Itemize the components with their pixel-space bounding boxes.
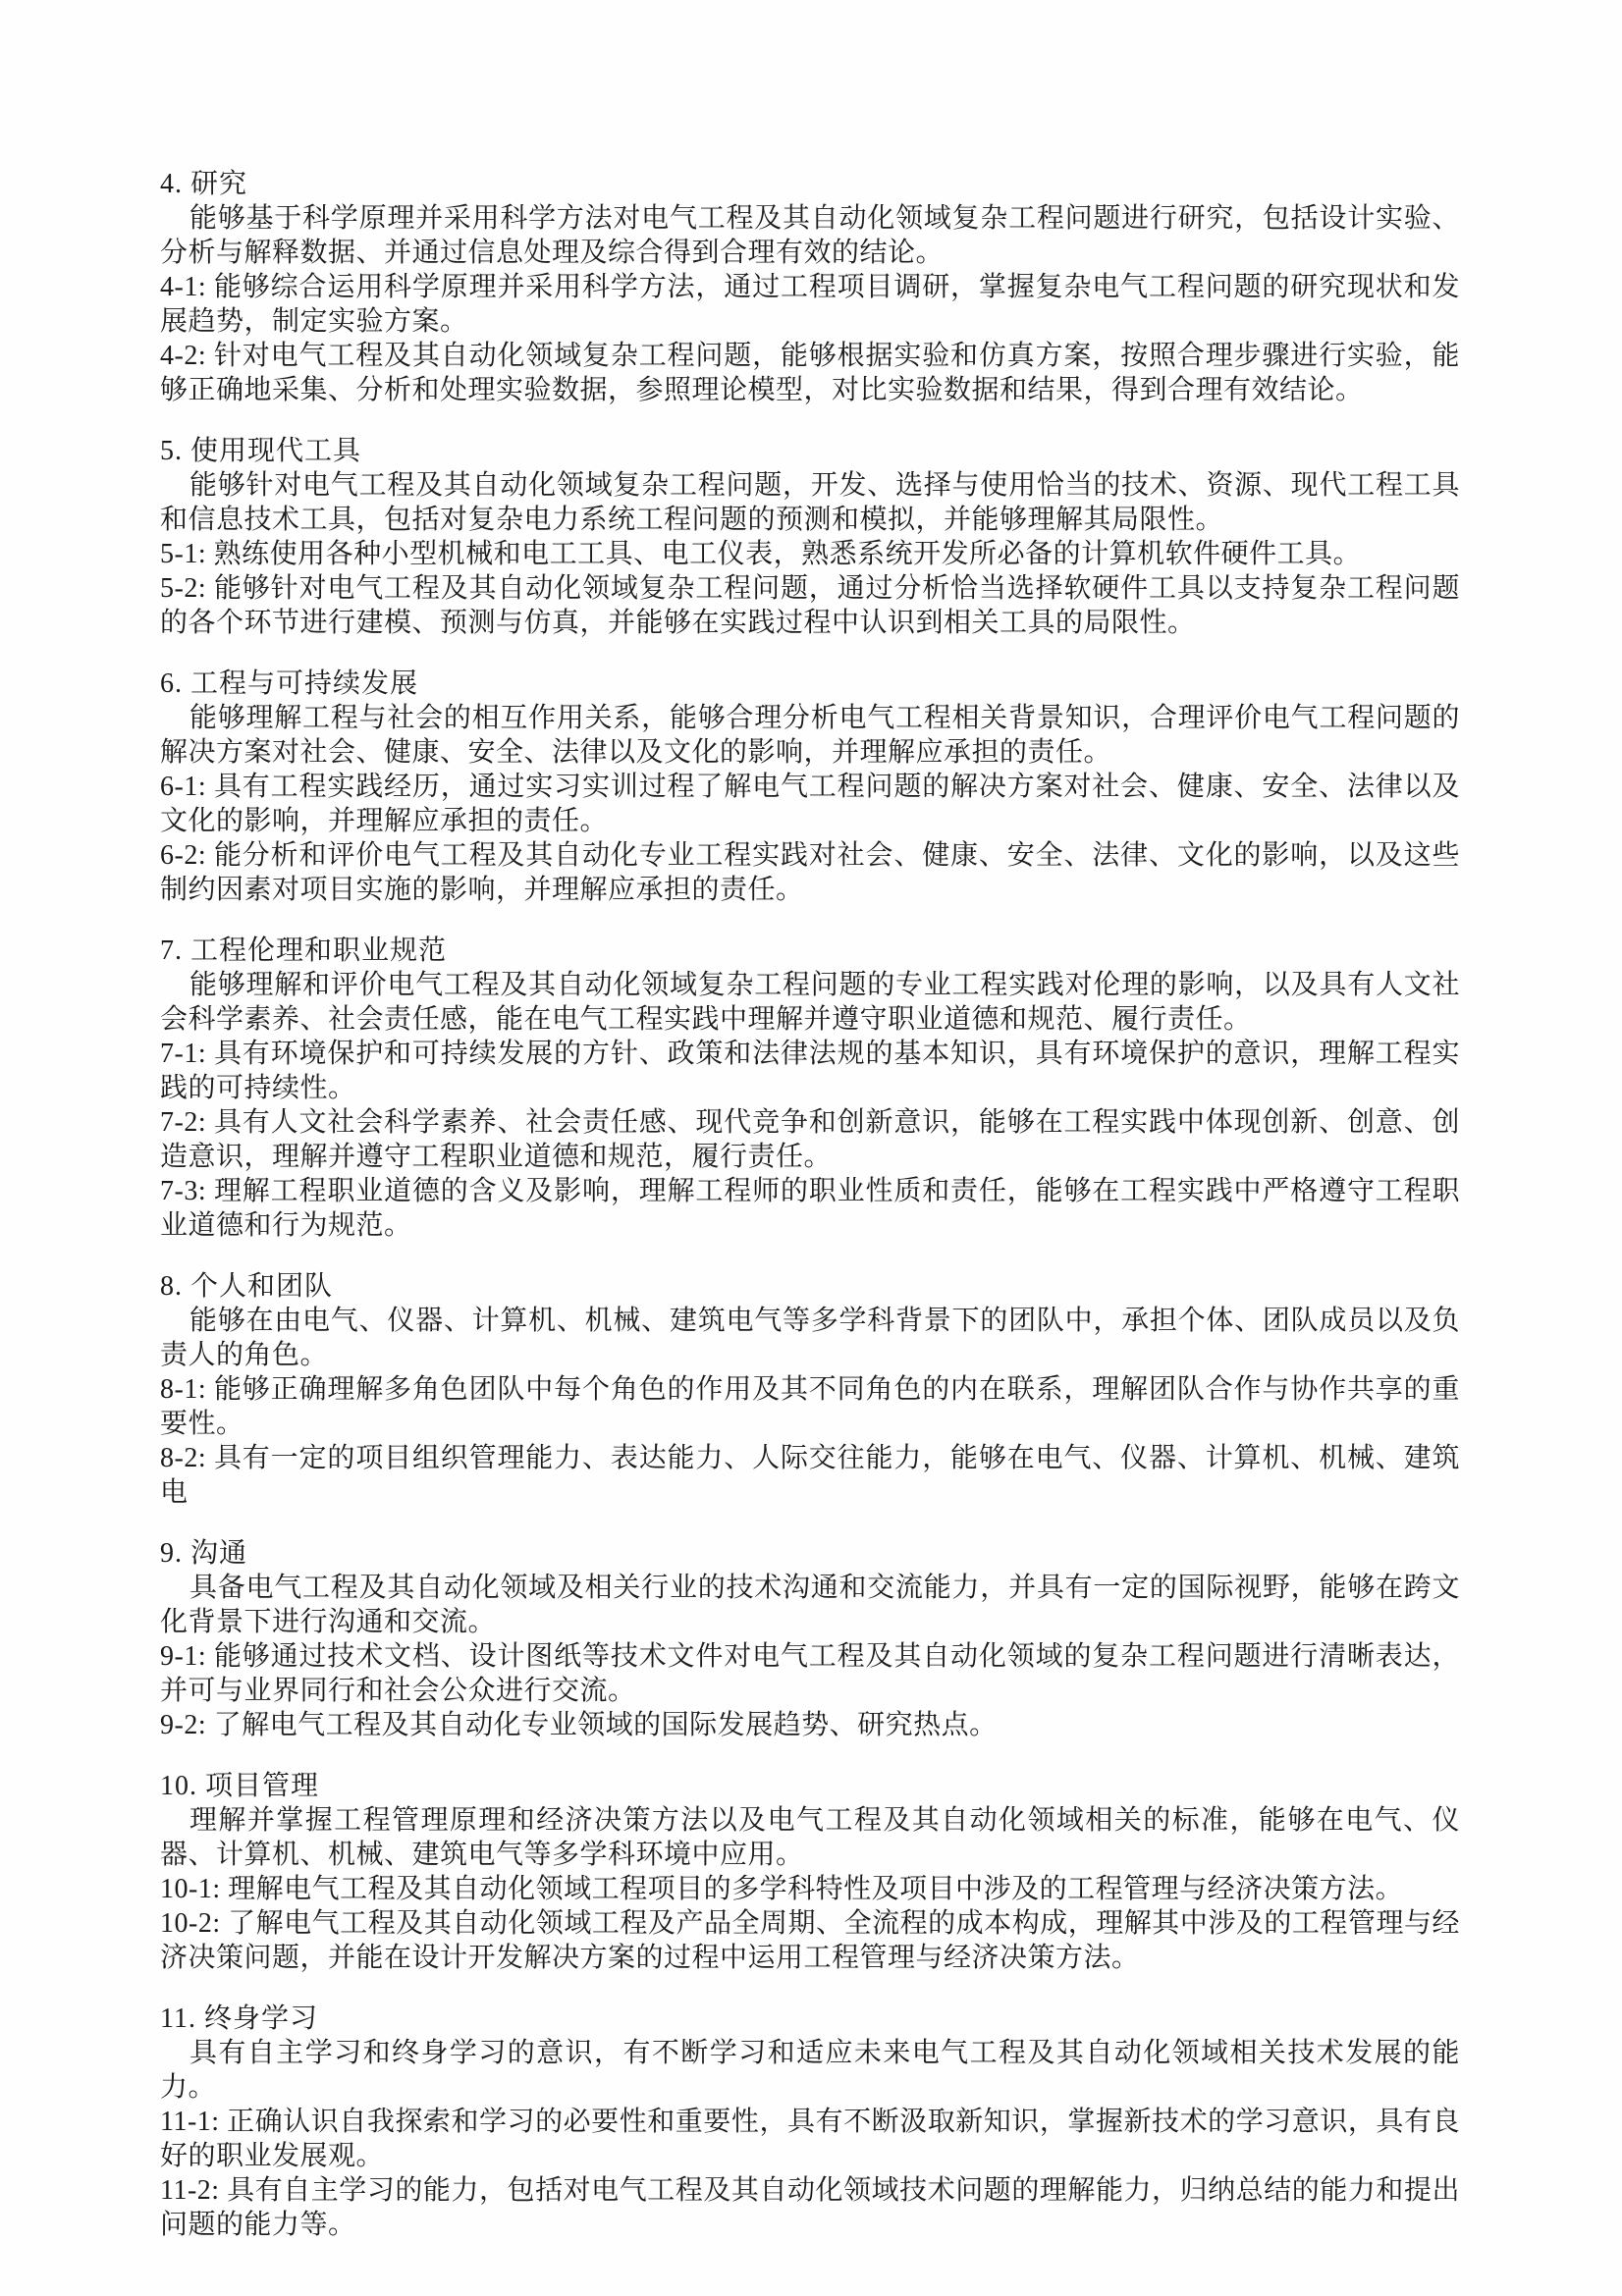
section-intro: 具备电气工程及其自动化领域及相关行业的技术沟通和交流能力，并具有一定的国际视野，… xyxy=(160,1571,1460,1639)
section-8-individual-and-team: 8. 个人和团队 能够在由电气、仪器、计算机、机械、建筑电气等多学科背景下的团队… xyxy=(160,1269,1460,1510)
section-7-ethics-and-norms: 7. 工程伦理和职业规范 能够理解和评价电气工程及其自动化领域复杂工程问题的专业… xyxy=(160,934,1460,1243)
section-5-modern-tools: 5. 使用现代工具 能够针对电气工程及其自动化领域复杂工程问题，开发、选择与使用… xyxy=(160,434,1460,640)
requirement-item: 10-2: 了解电气工程及其自动化领域工程及产品全周期、全流程的成本构成，理解其… xyxy=(160,1906,1460,1975)
requirement-item: 4-2: 针对电气工程及其自动化领域复杂工程问题，能够根据实验和仿真方案，按照合… xyxy=(160,339,1460,407)
requirement-item: 5-1: 熟练使用各种小型机械和电工工具、电工仪表，熟悉系统开发所必备的计算机软… xyxy=(160,537,1460,571)
section-heading: 7. 工程伦理和职业规范 xyxy=(160,934,1460,968)
section-heading: 5. 使用现代工具 xyxy=(160,434,1460,468)
section-intro: 能够理解和评价电气工程及其自动化领域复杂工程问题的专业工程实践对伦理的影响，以及… xyxy=(160,968,1460,1037)
requirement-item: 5-2: 能够针对电气工程及其自动化领域复杂工程问题，通过分析恰当选择软硬件工具… xyxy=(160,571,1460,640)
section-intro: 理解并掌握工程管理原理和经济决策方法以及电气工程及其自动化领域相关的标准，能够在… xyxy=(160,1803,1460,1872)
requirement-item: 10-1: 理解电气工程及其自动化领域工程项目的多学科特性及项目中涉及的工程管理… xyxy=(160,1872,1460,1906)
section-intro: 能够理解工程与社会的相互作用关系，能够合理分析电气工程相关背景知识，合理评价电气… xyxy=(160,701,1460,770)
section-intro: 能够基于科学原理并采用科学方法对电气工程及其自动化领域复杂工程问题进行研究，包括… xyxy=(160,201,1460,270)
section-heading: 4. 研究 xyxy=(160,167,1460,201)
requirement-item: 6-1: 具有工程实践经历，通过实习实训过程了解电气工程问题的解决方案对社会、健… xyxy=(160,770,1460,838)
requirement-item: 9-2: 了解电气工程及其自动化专业领域的国际发展趋势、研究热点。 xyxy=(160,1708,1460,1742)
section-intro: 具有自主学习和终身学习的意识，有不断学习和适应未来电气工程及其自动化领域相关技术… xyxy=(160,2036,1460,2105)
document-page: 4. 研究 能够基于科学原理并采用科学方法对电气工程及其自动化领域复杂工程问题进… xyxy=(0,0,1622,2296)
section-intro: 能够针对电气工程及其自动化领域复杂工程问题，开发、选择与使用恰当的技术、资源、现… xyxy=(160,468,1460,537)
requirement-item: 6-2: 能分析和评价电气工程及其自动化专业工程实践对社会、健康、安全、法律、文… xyxy=(160,838,1460,907)
section-9-communication: 9. 沟通 具备电气工程及其自动化领域及相关行业的技术沟通和交流能力，并具有一定… xyxy=(160,1536,1460,1742)
requirement-item: 11-1: 正确认识自我探索和学习的必要性和重要性，具有不断汲取新知识，掌握新技… xyxy=(160,2105,1460,2173)
section-heading: 11. 终身学习 xyxy=(160,2002,1460,2036)
section-heading: 9. 沟通 xyxy=(160,1536,1460,1571)
section-6-engineering-and-sustainability: 6. 工程与可持续发展 能够理解工程与社会的相互作用关系，能够合理分析电气工程相… xyxy=(160,667,1460,907)
section-heading: 6. 工程与可持续发展 xyxy=(160,667,1460,701)
section-heading: 10. 项目管理 xyxy=(160,1769,1460,1803)
section-4-research: 4. 研究 能够基于科学原理并采用科学方法对电气工程及其自动化领域复杂工程问题进… xyxy=(160,167,1460,407)
requirement-item: 9-1: 能够通过技术文档、设计图纸等技术文件对电气工程及其自动化领域的复杂工程… xyxy=(160,1639,1460,1708)
section-10-project-management: 10. 项目管理 理解并掌握工程管理原理和经济决策方法以及电气工程及其自动化领域… xyxy=(160,1769,1460,1975)
requirement-item: 7-1: 具有环境保护和可持续发展的方针、政策和法律法规的基本知识，具有环境保护… xyxy=(160,1037,1460,1105)
requirement-item: 7-3: 理解工程职业道德的含义及影响，理解工程师的职业性质和责任，能够在工程实… xyxy=(160,1174,1460,1243)
requirement-item: 8-1: 能够正确理解多角色团队中每个角色的作用及其不同角色的内在联系，理解团队… xyxy=(160,1372,1460,1441)
requirement-item: 8-2: 具有一定的项目组织管理能力、表达能力、人际交往能力，能够在电气、仪器、… xyxy=(160,1441,1460,1510)
requirement-item: 7-2: 具有人文社会科学素养、社会责任感、现代竞争和创新意识，能够在工程实践中… xyxy=(160,1105,1460,1174)
section-11-lifelong-learning: 11. 终身学习 具有自主学习和终身学习的意识，有不断学习和适应未来电气工程及其… xyxy=(160,2002,1460,2242)
section-intro: 能够在由电气、仪器、计算机、机械、建筑电气等多学科背景下的团队中，承担个体、团队… xyxy=(160,1304,1460,1372)
requirement-item: 11-2: 具有自主学习的能力，包括对电气工程及其自动化领域技术问题的理解能力，… xyxy=(160,2173,1460,2242)
section-heading: 8. 个人和团队 xyxy=(160,1269,1460,1304)
requirement-item: 4-1: 能够综合运用科学原理并采用科学方法，通过工程项目调研，掌握复杂电气工程… xyxy=(160,270,1460,339)
